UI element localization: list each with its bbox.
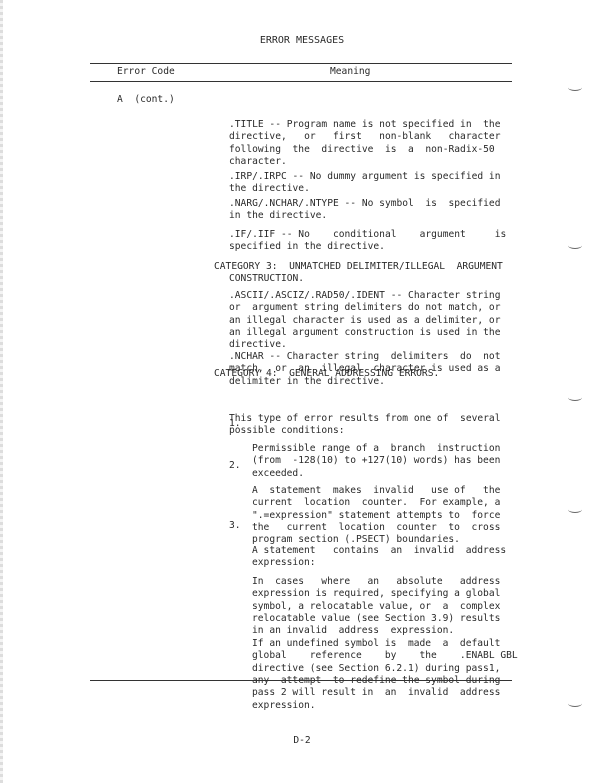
page-title: ERROR MESSAGES <box>0 35 604 47</box>
page-number: D-2 <box>0 735 604 747</box>
page-scan-edge <box>0 0 3 783</box>
list-item-number: 3. <box>229 520 241 532</box>
margin-mark <box>568 506 582 513</box>
table-header-rule <box>90 81 512 82</box>
column-header-meaning: Meaning <box>330 66 370 78</box>
list-item-number: 1. <box>229 418 241 430</box>
table-bottom-rule <box>90 680 512 681</box>
sub-paragraph-undefined-symbol: If an undefined symbol is made a default… <box>252 613 518 725</box>
table-top-rule <box>90 63 512 64</box>
margin-mark <box>568 84 582 91</box>
category-4-heading: CATEGORY 4: GENERAL ADDRESSING ERRORS. <box>214 368 439 380</box>
list-item-number: 2. <box>229 460 241 472</box>
margin-mark <box>568 394 582 401</box>
margin-mark <box>568 700 582 707</box>
error-code-cell: A (cont.) <box>117 94 175 106</box>
column-header-error-code: Error Code <box>117 66 175 78</box>
margin-mark <box>568 242 582 249</box>
